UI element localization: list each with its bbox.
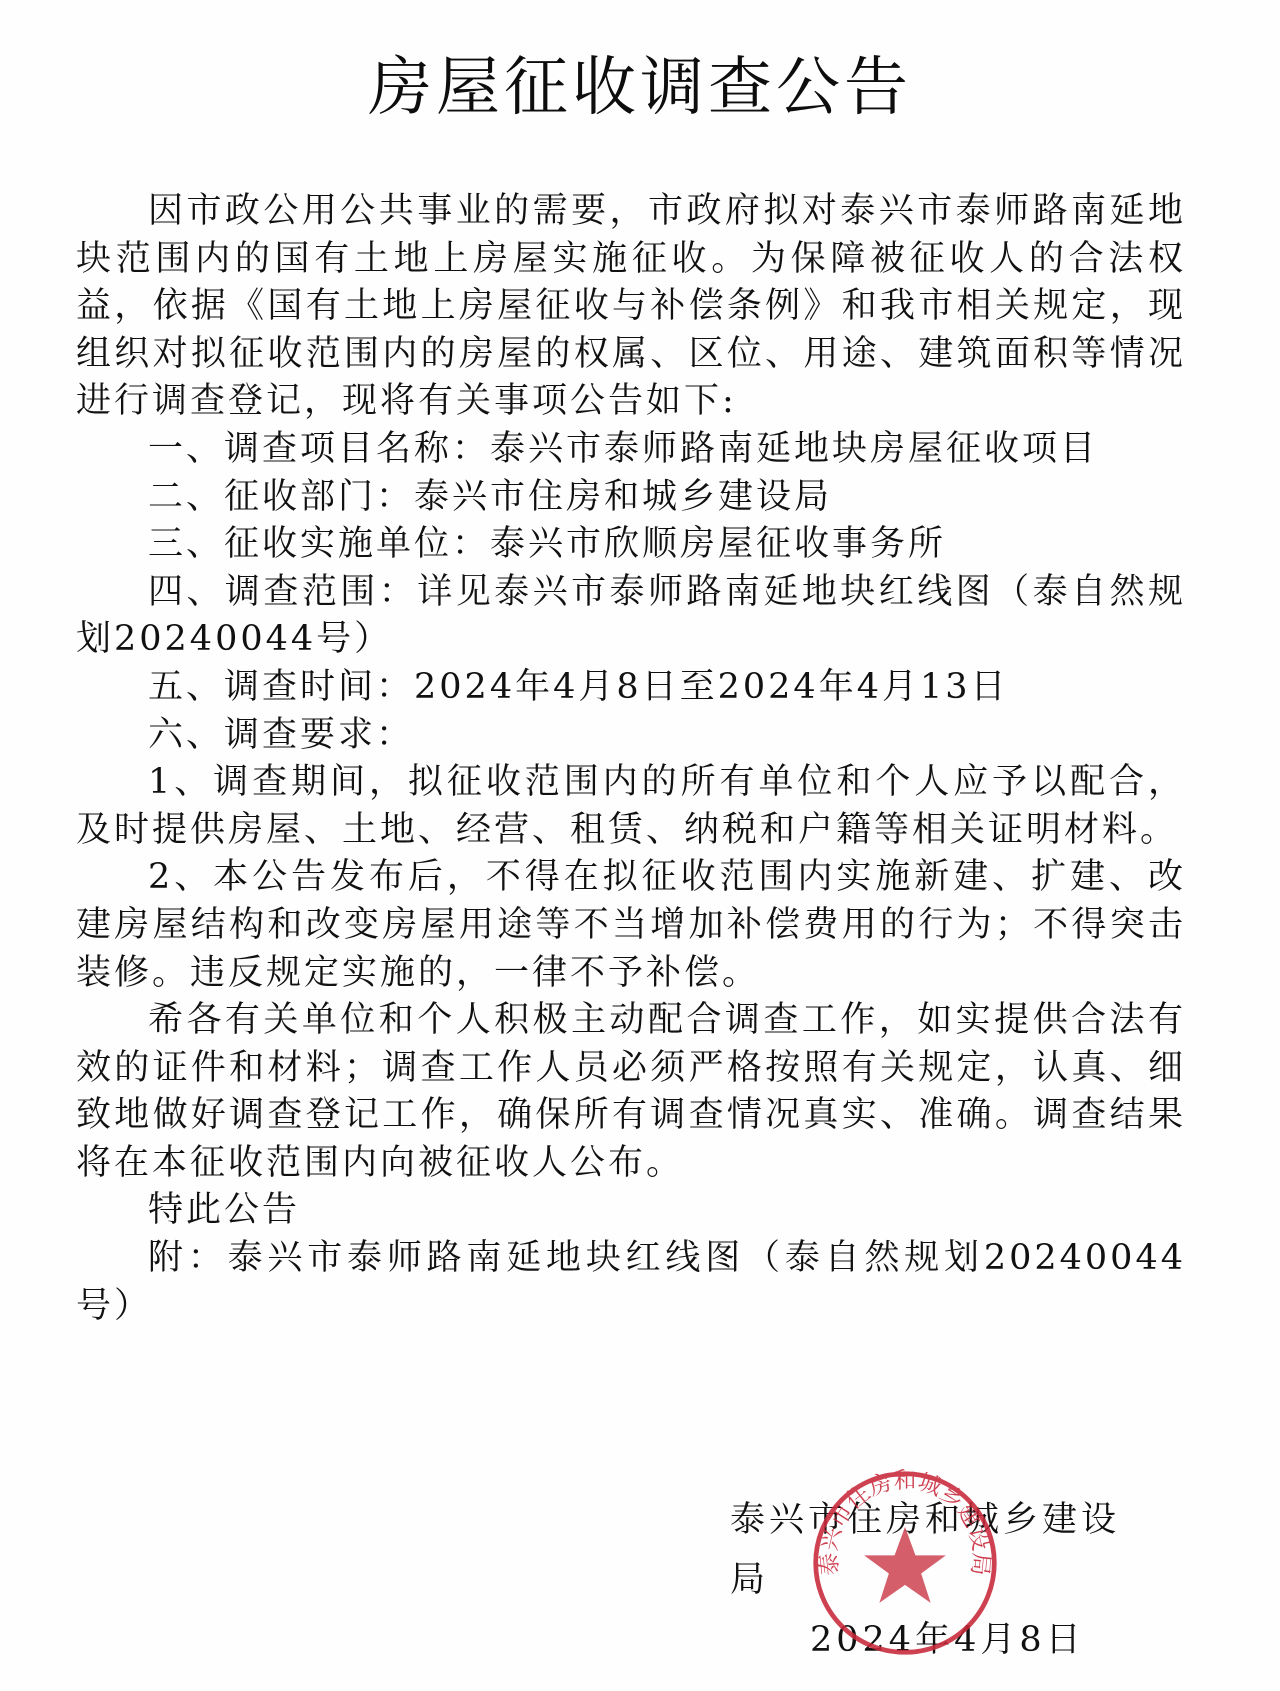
signature-organization: 泰兴市住房和城乡建设局 [730,1490,1150,1610]
item-value: 泰兴市欣顺房屋征收事务所 [490,524,946,564]
special-notice: 特此公告 [76,1187,1186,1235]
item-label: 一、调查项目名称： [148,429,490,469]
notice-page: 房屋征收调查公告 因市政公用公共事业的需要，市政府拟对泰兴市泰师路南延地块范围内… [0,0,1280,1691]
item-value: 2024年4月8日至2024年4月13日 [414,667,1009,707]
item-value: 泰兴市泰师路南延地块房屋征收项目 [490,429,1098,469]
item-label: 三、征收实施单位： [148,524,490,564]
item-label: 二、征收部门： [148,477,414,517]
item-label: 四、调查范围： [148,572,417,612]
item-implementing-unit: 三、征收实施单位：泰兴市欣顺房屋征收事务所 [76,521,1186,569]
attachment-line: 附：泰兴市泰师路南延地块红线图（泰自然规划20240044号） [76,1235,1186,1330]
signature-date: 2024年4月8日 [730,1610,1150,1670]
item-department: 二、征收部门：泰兴市住房和城乡建设局 [76,474,1186,522]
item-value: 泰兴市住房和城乡建设局 [414,477,832,517]
requirement-2: 2、本公告发布后，不得在拟征收范围内实施新建、扩建、改建房屋结构和改变房屋用途等… [76,854,1186,997]
notice-body: 因市政公用公共事业的需要，市政府拟对泰兴市泰师路南延地块范围内的国有土地上房屋实… [76,188,1186,1330]
item-label: 五、调查时间： [148,667,414,707]
signature-block: 泰兴市住房和城乡建设局 2024年4月8日 [730,1490,1150,1670]
page-title: 房屋征收调查公告 [0,48,1280,128]
item-project-name: 一、调查项目名称：泰兴市泰师路南延地块房屋征收项目 [76,426,1186,474]
item-time: 五、调查时间：2024年4月8日至2024年4月13日 [76,664,1186,712]
requirement-1: 1、调查期间，拟征收范围内的所有单位和个人应予以配合，及时提供房屋、土地、经营、… [76,759,1186,854]
item-scope: 四、调查范围：详见泰兴市泰师路南延地块红线图（泰自然规划20240044号） [76,569,1186,664]
item-requirements: 六、调查要求： [76,712,1186,760]
closing-paragraph: 希各有关单位和个人积极主动配合调查工作，如实提供合法有效的证件和材料；调查工作人… [76,997,1186,1187]
intro-paragraph: 因市政公用公共事业的需要，市政府拟对泰兴市泰师路南延地块范围内的国有土地上房屋实… [76,188,1186,426]
item-label: 六、调查要求： [148,715,414,755]
